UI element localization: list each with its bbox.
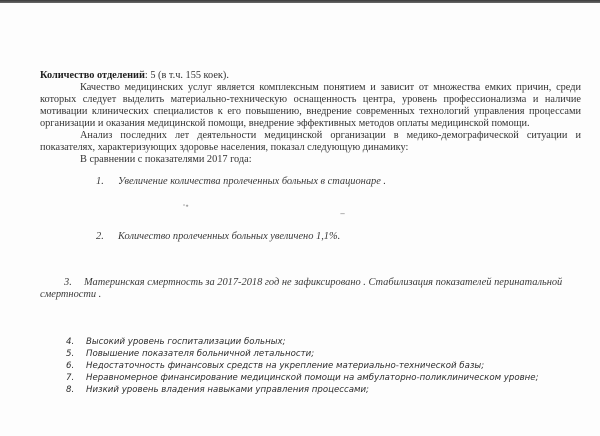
problem-7: 7.Неравномерное финансирование медицинск… xyxy=(66,373,596,384)
paragraph-2-line-1: Анализ последних лет деятельности медици… xyxy=(80,130,581,142)
scan-speck: ˒˖ xyxy=(183,201,189,210)
paragraph-1-line-2: которых следует выделить материально-тех… xyxy=(40,94,581,106)
finding-2: 2.Количество пролеченных больных увеличе… xyxy=(96,231,546,242)
problem-6: 6.Недостаточность финансовых средств на … xyxy=(66,361,586,372)
comparison-intro: В сравнении с показателями 2017 года: xyxy=(80,154,480,166)
paragraph-1-line-4: организации и оказания медицинской помощ… xyxy=(40,118,581,130)
finding-1: 1.Увеличение количества пролеченных боль… xyxy=(96,176,546,187)
finding-3-continuation: смертности . xyxy=(40,289,240,300)
problem-8: 8.Низкий уровень владения навыками управ… xyxy=(66,385,586,396)
paragraph-1-line-1: Качество медицинских услуг является комп… xyxy=(80,82,581,94)
problem-7-number: 7. xyxy=(66,373,86,384)
problem-4: 4.Высокий уровень госпитализации больных… xyxy=(66,337,586,348)
problem-6-text: Недостаточность финансовых средств на ук… xyxy=(86,361,484,371)
problem-7-text: Неравномерное финансирование медицинской… xyxy=(86,373,538,383)
problem-6-number: 6. xyxy=(66,361,86,372)
problem-4-number: 4. xyxy=(66,337,86,348)
problem-8-number: 8. xyxy=(66,385,86,396)
departments-count-value: : 5 (в т.ч. 155 коек). xyxy=(145,70,229,81)
problem-5: 5.Повышение показателя больничной леталь… xyxy=(66,349,586,360)
paragraph-2-line-2: показателях, характеризующих здоровье на… xyxy=(40,142,581,154)
problem-4-text: Высокий уровень госпитализации больных; xyxy=(86,337,285,347)
departments-count-line: Количество отделений: 5 (в т.ч. 155 коек… xyxy=(40,70,440,82)
finding-2-text: Количество пролеченных больных увеличено… xyxy=(118,231,340,242)
scan-top-edge xyxy=(0,0,600,3)
scan-speck: ‒ xyxy=(340,209,345,218)
finding-1-number: 1. xyxy=(96,176,118,187)
problem-5-text: Повышение показателя больничной летально… xyxy=(86,349,314,359)
finding-3: 3.Материнская смертность за 2017-2018 го… xyxy=(64,277,584,288)
finding-2-number: 2. xyxy=(96,231,118,242)
problem-5-number: 5. xyxy=(66,349,86,360)
problem-8-text: Низкий уровень владения навыками управле… xyxy=(86,385,369,395)
paragraph-1-line-3: мотивации клинических специалистов к его… xyxy=(40,106,581,118)
finding-1-text: Увеличение количества пролеченных больны… xyxy=(118,176,386,187)
finding-3-text: Материнская смертность за 2017-2018 год … xyxy=(84,277,562,288)
finding-3-number: 3. xyxy=(64,277,84,288)
departments-count-label: Количество отделений xyxy=(40,70,145,81)
